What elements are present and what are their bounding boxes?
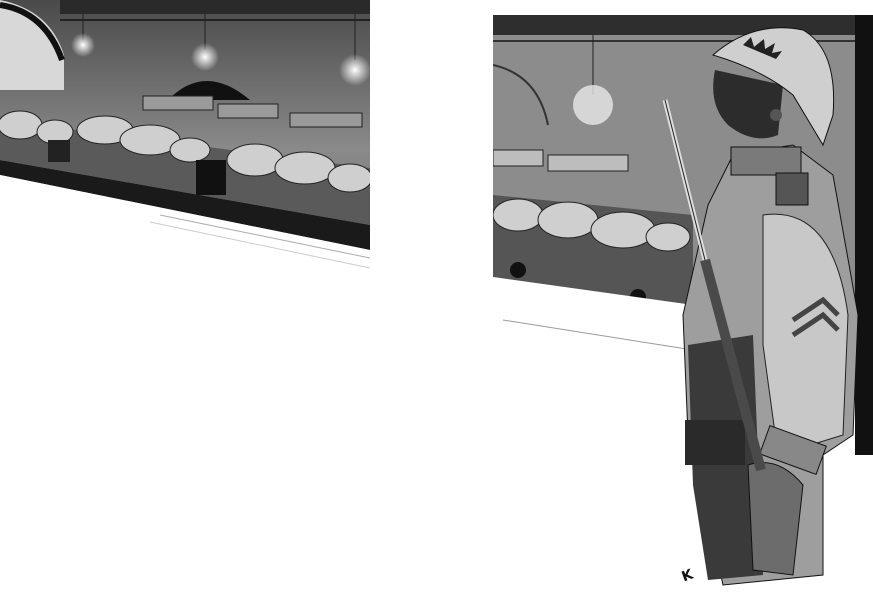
- soldier-scene: [493, 15, 873, 606]
- right-illustration-panel: [493, 15, 873, 606]
- tunnel-scene: [0, 0, 370, 280]
- left-illustration-panel: [0, 0, 370, 280]
